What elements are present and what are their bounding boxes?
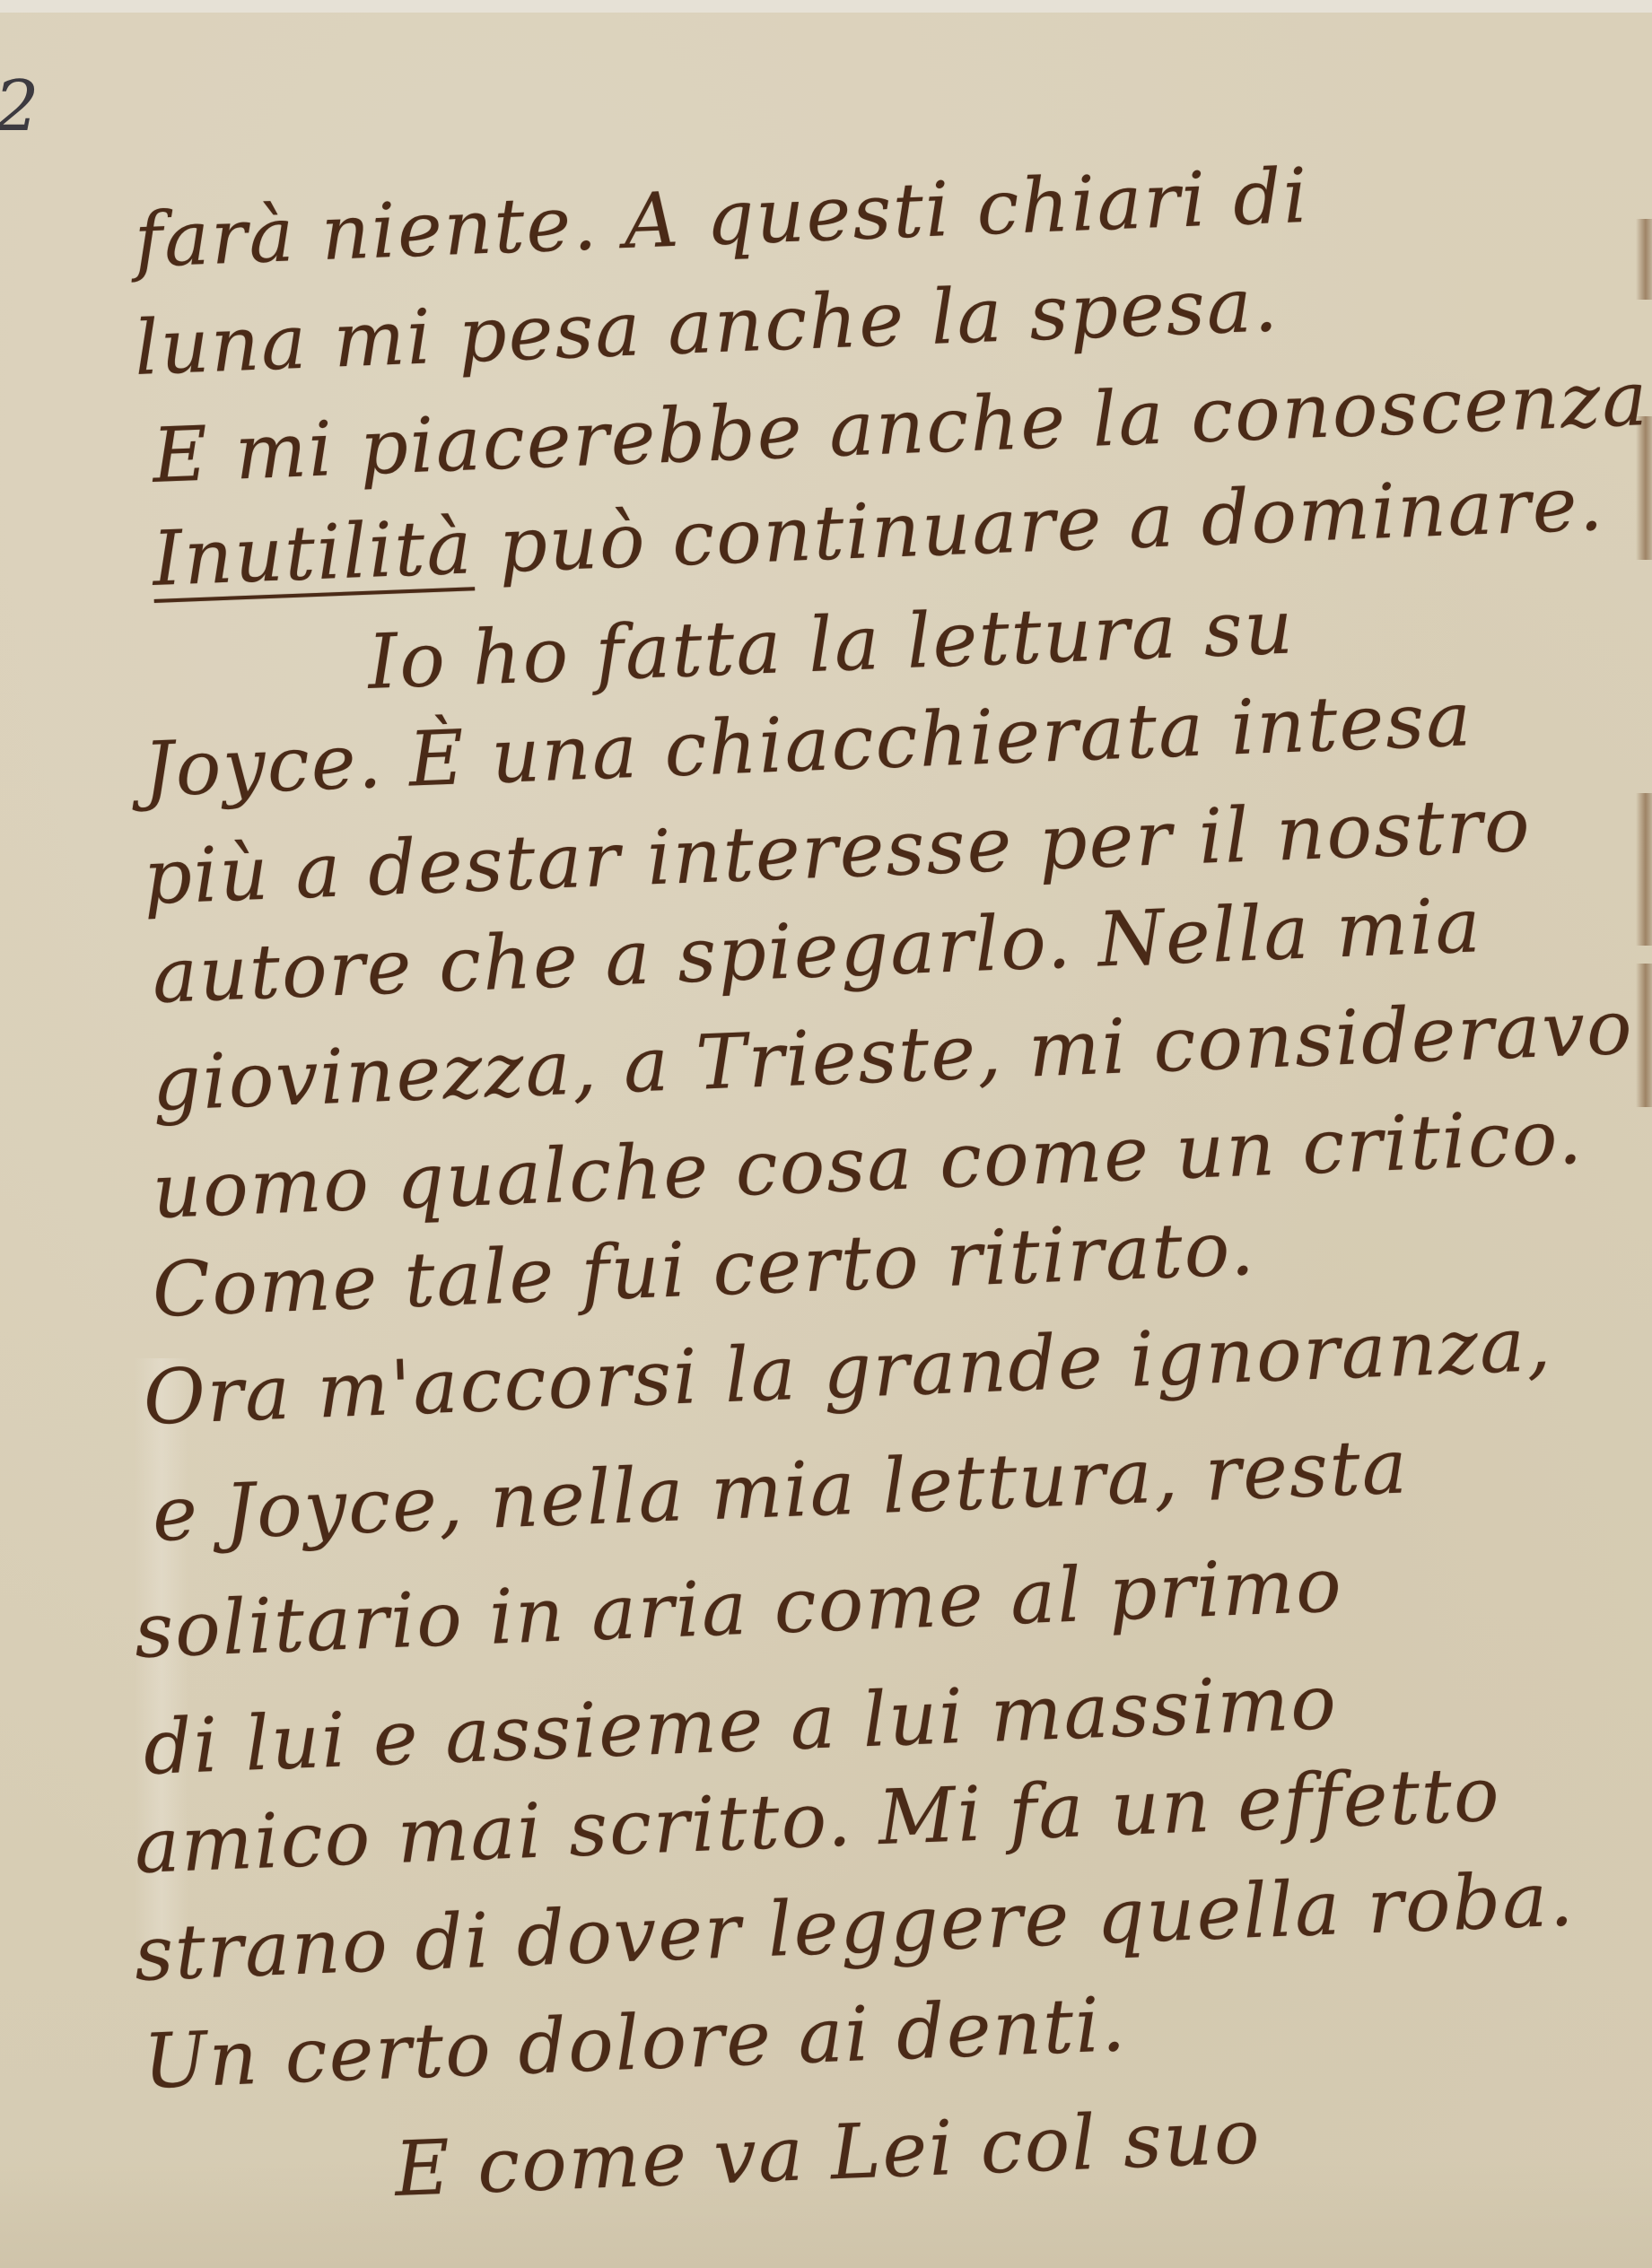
edge-stain	[1636, 964, 1652, 1107]
letter-line-18: Un certo dolore ai denti.	[142, 1980, 1128, 2106]
letter-line-2: luna mi pesa anche la spesa.	[133, 260, 1281, 392]
edge-stain	[1636, 793, 1652, 946]
letter-line-1: farà niente. A questi chiari di	[133, 152, 1310, 284]
letter-page: 2 farà niente. A questi chiari di luna m…	[0, 0, 1652, 2268]
edge-stain	[1636, 219, 1652, 300]
page-number: 2	[0, 72, 39, 142]
letter-line-14: solitario in aria come al primo	[133, 1540, 1344, 1675]
underlined-word: Inutilità	[151, 502, 475, 603]
letter-line-13: e Joyce, nella mia lettura, resta	[151, 1422, 1410, 1558]
